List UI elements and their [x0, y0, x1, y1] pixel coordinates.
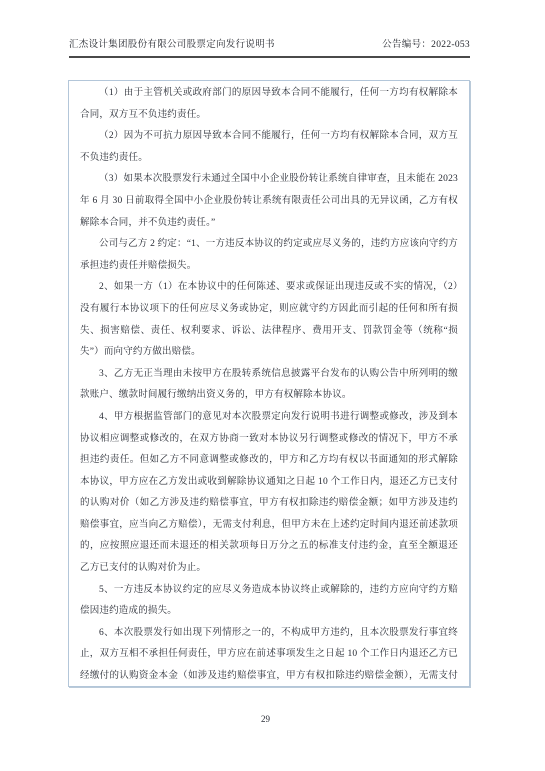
body-paragraph: （1）由于主管机关或政府部门的原因导致本合同不能履行，任何一方均有权解除本合同，… — [80, 83, 458, 126]
content-border-box: （1）由于主管机关或政府部门的原因导致本合同不能履行，任何一方均有权解除本合同，… — [68, 80, 470, 687]
page-header: 汇杰设计集团股份有限公司股票定向发行说明书 公告编号：2022-053 — [69, 36, 470, 58]
body-paragraph: 5、一方违反本协议约定的应尽义务造成本协议终止或解除的，违约方应向守约方赔偿因违… — [80, 580, 458, 623]
document-page: 汇杰设计集团股份有限公司股票定向发行说明书 公告编号：2022-053 （1）由… — [0, 0, 545, 771]
document-title: 汇杰设计集团股份有限公司股票定向发行说明书 — [69, 36, 275, 50]
body-paragraph: 3、乙方无正当理由未按甲方在股转系统信息披露平台发布的认购公告中所列明的缴款账户… — [80, 364, 458, 407]
body-paragraph: 6、本次股票发行如出现下列情形之一的，不构成甲方违约，且本次股票发行事宜终止，双… — [80, 623, 458, 687]
body-paragraph: （2）因为不可抗力原因导致本合同不能履行，任何一方均有权解除本合同，双方互不负违… — [80, 126, 458, 169]
body-paragraph: 4、甲方根据监管部门的意见对本次股票定向发行说明书进行调整或修改，涉及到本协议相… — [80, 407, 458, 580]
announcement-number: 公告编号：2022-053 — [382, 36, 470, 50]
body-paragraph: 2、如果一方（1）在本协议中的任何陈述、要求或保证出现违反或不实的情况，（2）没… — [80, 277, 458, 363]
body-paragraph: 公司与乙方 2 约定：“1、一方违反本协议的约定或应尽义务的，违约方应该向守约方… — [80, 234, 458, 277]
body-paragraph: （3）如果本次股票发行未通过全国中小企业股份转让系统自律审查，且未能在 2023… — [80, 169, 458, 234]
page-number: 29 — [0, 714, 531, 724]
